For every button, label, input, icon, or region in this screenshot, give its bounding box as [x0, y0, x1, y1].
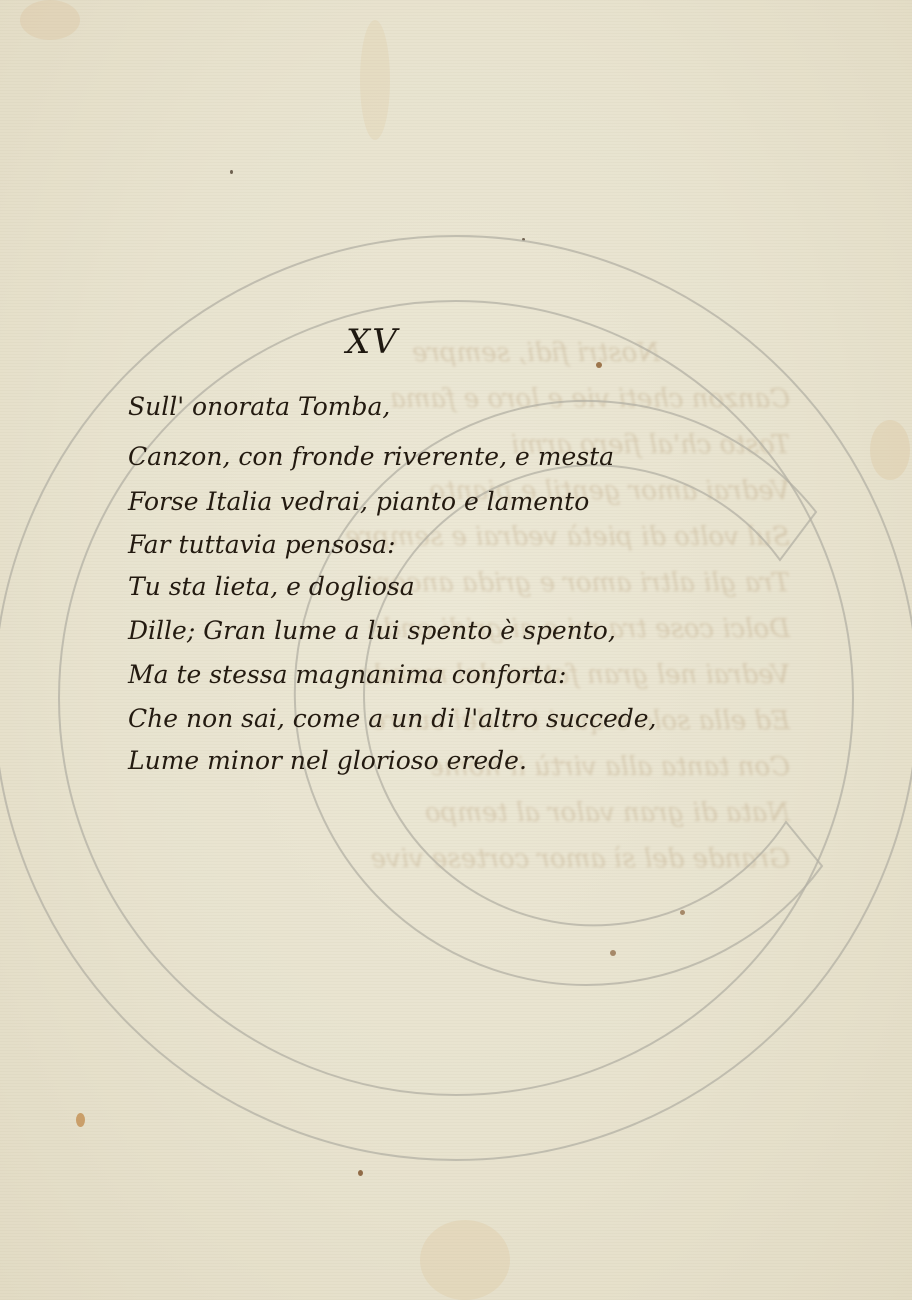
watermark-outer-ring — [0, 236, 912, 1160]
poem-line: Sull' onorata Tomba, — [128, 392, 390, 421]
poem-line: Far tuttavia pensosa: — [128, 530, 396, 559]
manuscript-page: Nostri fidi, sempre Canzon cheti vie e l… — [0, 0, 912, 1300]
poem-line: Tu sta lieta, e dogliosa — [128, 572, 415, 601]
poem-line: Che non sai, come a un di l'altro succed… — [128, 704, 656, 733]
poem-line: Canzon, con fronde riverente, e mesta — [128, 442, 614, 471]
poem-line: Forse Italia vedrai, pianto e lamento — [128, 487, 589, 516]
poem-line: Dille; Gran lume a lui spento è spento, — [128, 616, 616, 645]
copyright-watermark-icon — [0, 0, 912, 1300]
section-numeral: XV — [346, 322, 399, 362]
poem-line: Ma te stessa magnanima conforta: — [128, 660, 566, 689]
poem-line: Lume minor nel glorioso erede. — [128, 746, 527, 775]
